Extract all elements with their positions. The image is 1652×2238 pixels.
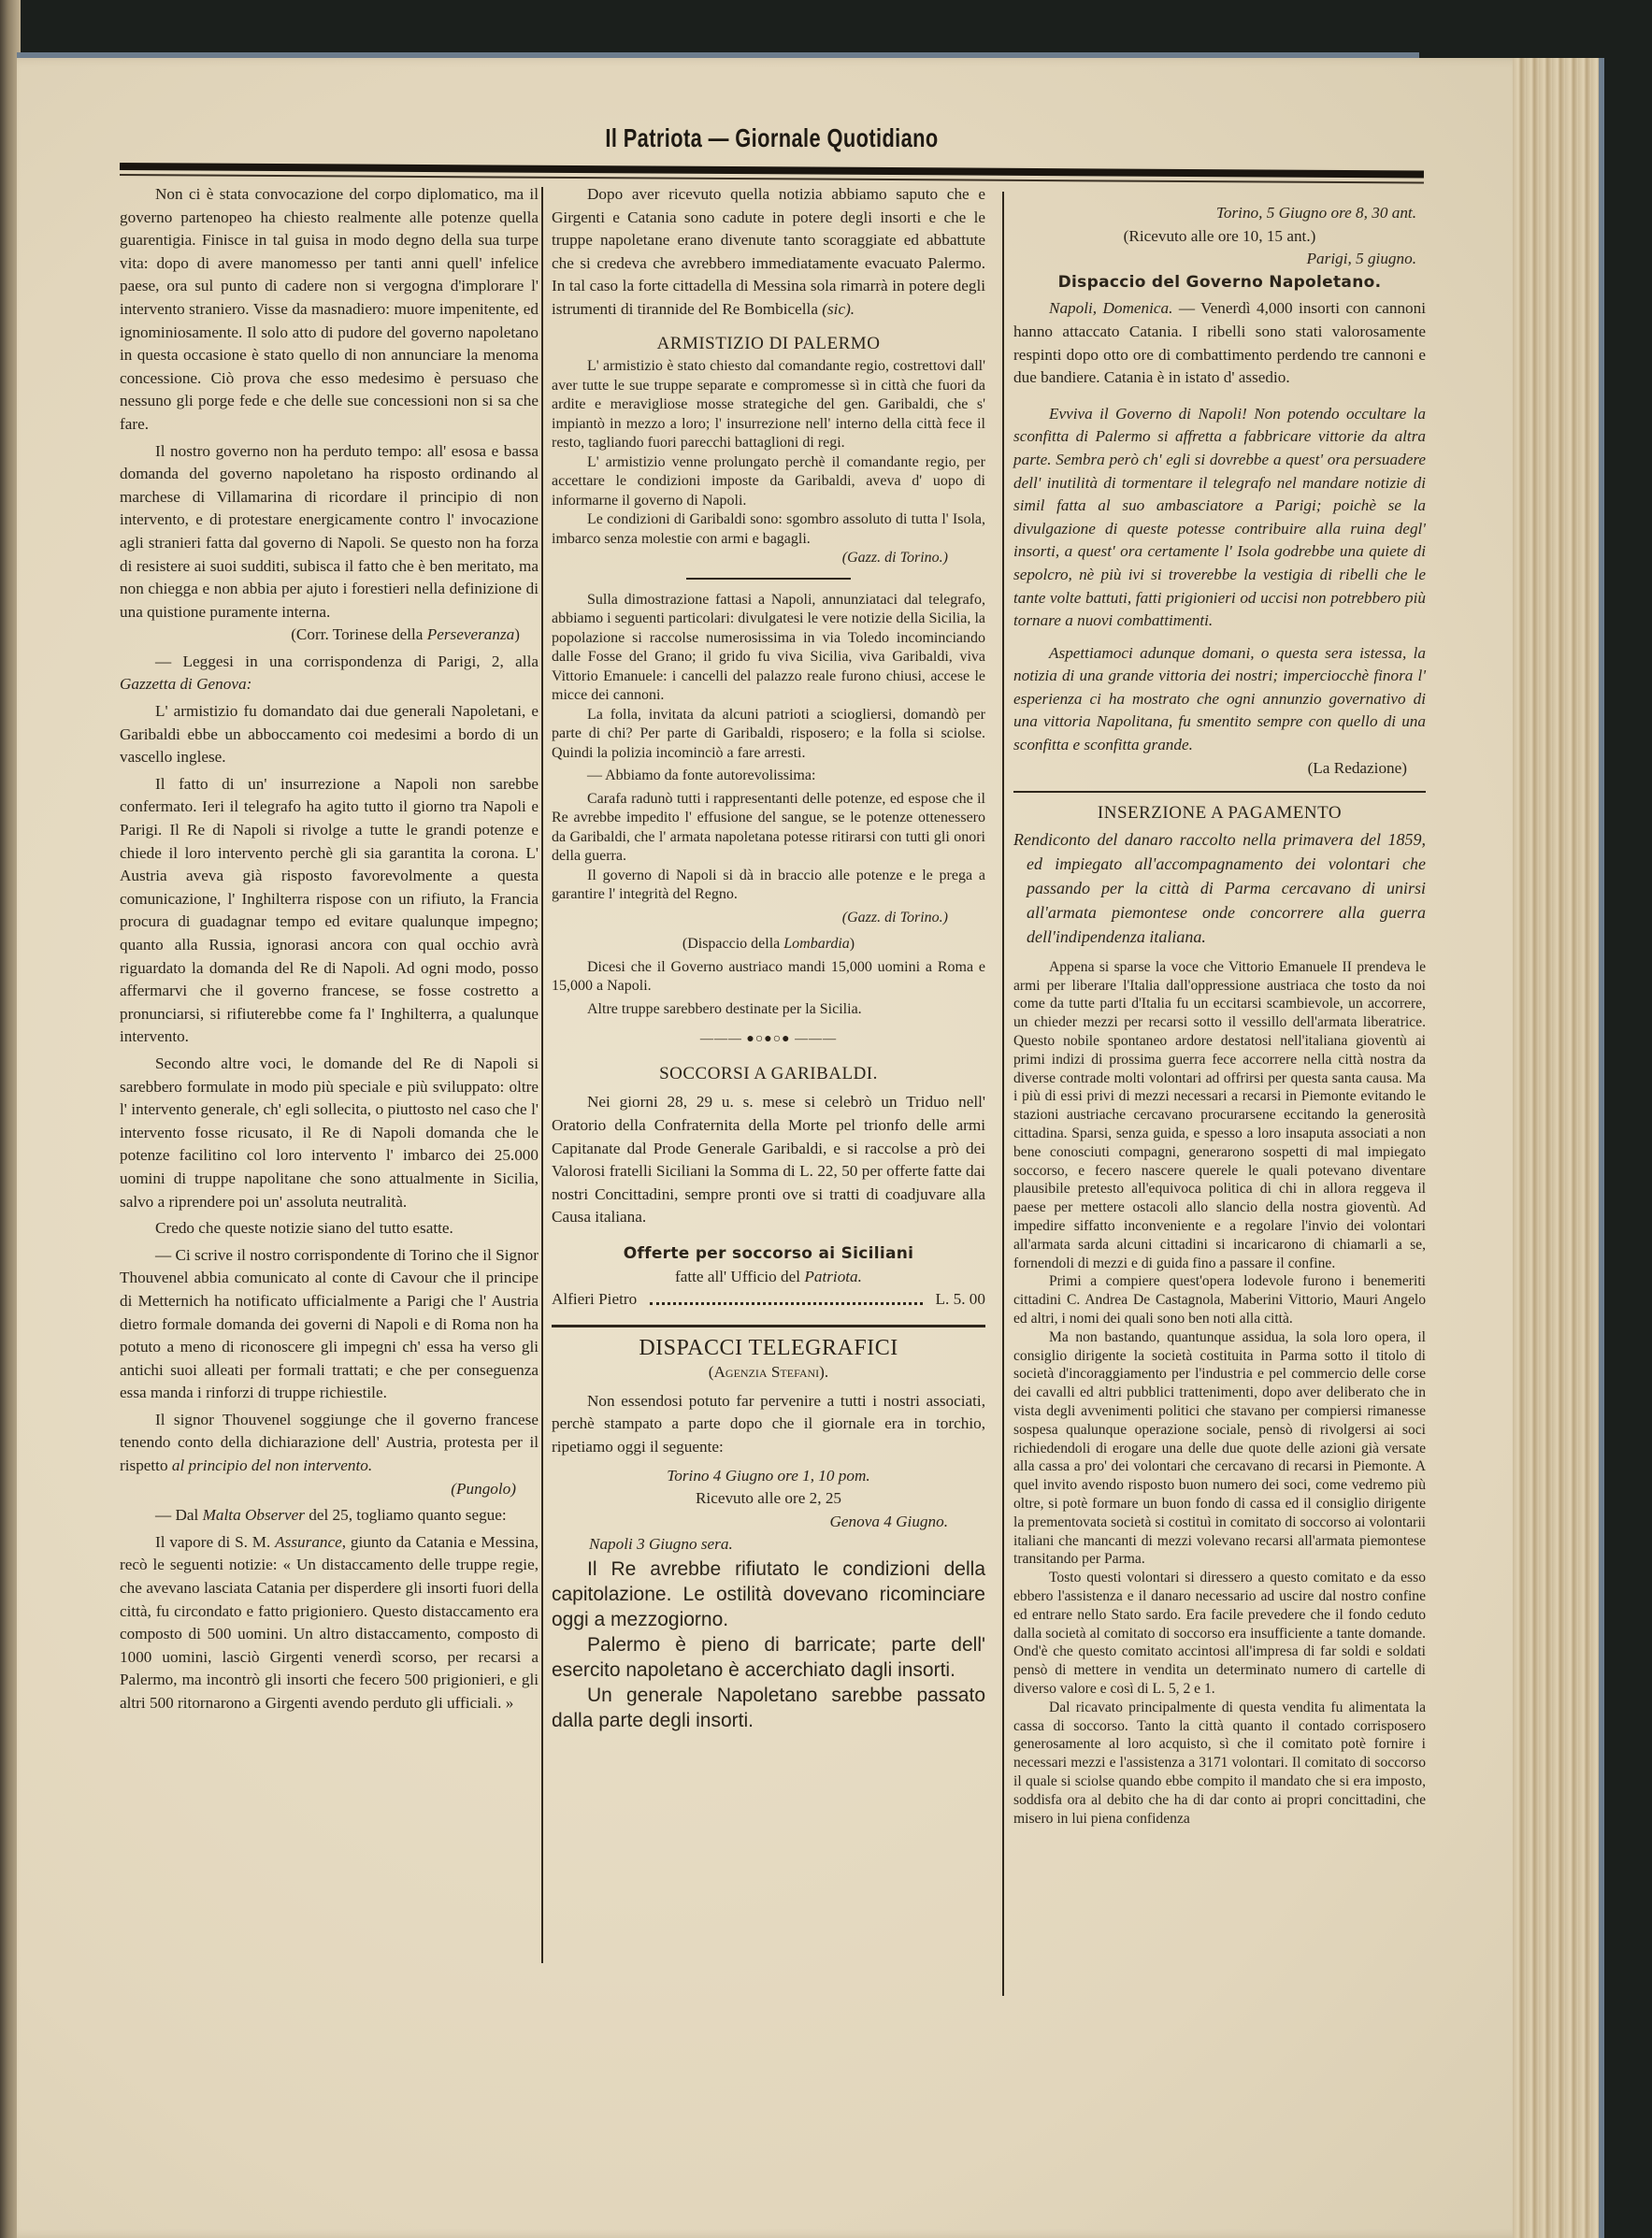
dispatch-dateline: Torino 4 Giugno ore 1, 10 pom. — [552, 1465, 985, 1488]
leader-dots — [650, 1288, 922, 1305]
paragraph: Il nostro governo non ha perduto tempo: … — [120, 440, 539, 624]
paragraph: Dal ricavato principalmente di questa ve… — [1013, 1699, 1426, 1829]
paragraph: Il signor Thouvenel soggiunge che il gov… — [120, 1409, 539, 1478]
paragraph: Non essendosi potuto far pervenire a tut… — [552, 1390, 985, 1459]
paragraph: Un generale Napoletano sarebbe passato d… — [552, 1683, 985, 1733]
source-citation: (Corr. Torinese della Perseveranza) — [120, 624, 539, 647]
paragraph: Napoli, Domenica. — Venerdì 4,000 insort… — [1013, 297, 1426, 389]
paragraph: Dicesi che il Governo austriaco mandi 15… — [552, 958, 985, 997]
section-title-armistizio: ARMISTIZIO DI PALERMO — [552, 333, 985, 356]
dispaccio-title: Dispaccio del Governo Napoletano. — [1013, 271, 1426, 294]
source-citation: (Dispaccio della Lombardia) — [552, 935, 985, 954]
offerte-subtitle: fatte all' Ufficio del Patriota. — [552, 1266, 985, 1289]
paragraph: Secondo altre voci, le domande del Re di… — [120, 1053, 539, 1213]
source-citation: (Gazz. di Torino.) — [552, 909, 985, 928]
dispatch-received: Ricevuto alle ore 2, 25 — [552, 1487, 985, 1511]
source-citation: (Gazz. di Torino.) — [552, 549, 985, 568]
paragraph: Non ci è stata convocazione del corpo di… — [120, 183, 539, 437]
paragraph: Nei giorni 28, 29 u. s. mese si celebrò … — [552, 1091, 985, 1229]
source-citation: (La Redazione) — [1013, 757, 1426, 781]
rendiconto-heading: Rendiconto del danaro raccolto nella pri… — [1013, 827, 1426, 949]
dispatch-dateline: Parigi, 5 giugno. — [1013, 248, 1426, 271]
paragraph: Sulla dimostrazione fattasi a Napoli, an… — [552, 591, 985, 706]
editorial-paragraph: Evviva il Governo di Napoli! Non potendo… — [1013, 403, 1426, 633]
paragraph: Il vapore di S. M. Assurance, giunto da … — [120, 1531, 539, 1715]
ornament-divider: ——— ●○●○● ——— — [552, 1028, 985, 1052]
page-stack-edge — [1513, 58, 1604, 2238]
offerte-row: Alfieri Pietro L. 5. 00 — [552, 1288, 985, 1312]
paragraph: La folla, invitata da alcuni patrioti a … — [552, 706, 985, 764]
column-3: Torino, 5 Giugno ore 8, 30 ant. (Ricevut… — [1000, 183, 1426, 1828]
section-divider — [1013, 791, 1426, 793]
paragraph: — Ci scrive il nostro corrispondente di … — [120, 1244, 539, 1405]
section-title-soccorsi: SOCCORSI A GARIBALDI. — [552, 1063, 985, 1086]
section-title-inserzione: INSERZIONE A PAGAMENTO — [1013, 802, 1426, 825]
paragraph: Primi a compiere quest'opera lodevole fu… — [1013, 1272, 1426, 1327]
source-citation: (Pungolo) — [120, 1478, 539, 1501]
masthead: Il Patriota — Giornale Quotidiano — [120, 118, 1424, 183]
dispatch-received: (Ricevuto alle ore 10, 15 ant.) — [1013, 225, 1426, 249]
paragraph: Il governo di Napoli si dà in braccio al… — [552, 867, 985, 905]
paragraph: Ma non bastando, quantunque assidua, la … — [1013, 1328, 1426, 1569]
dispatch-dateline: Napoli 3 Giugno sera. — [552, 1533, 985, 1557]
paragraph: Le condizioni di Garibaldi sono: sgombro… — [552, 510, 985, 549]
editorial-paragraph: Aspettiamoci adunque domani, o questa se… — [1013, 642, 1426, 757]
paragraph: Il fatto di un' insurrezione a Napoli no… — [120, 773, 539, 1049]
paragraph: Tosto questi volontari si diressero a qu… — [1013, 1569, 1426, 1699]
paragraph: — Dal Malta Observer del 25, togliamo qu… — [120, 1504, 539, 1528]
paragraph: L' armistizio è stato chiesto dal comand… — [552, 357, 985, 453]
paragraph: Appena si sparse la voce che Vittorio Em… — [1013, 958, 1426, 1273]
paragraph: Palermo è pieno di barricate; parte dell… — [552, 1632, 985, 1683]
paragraph: — Abbiamo da fonte autorevolissima: — [552, 767, 985, 786]
paragraph: — Leggesi in una corrispondenza di Parig… — [120, 651, 539, 696]
section-title-dispacci: DISPACCI TELEGRAFICI — [552, 1337, 985, 1360]
paragraph: Altre truppe sarebbero destinate per la … — [552, 1000, 985, 1020]
section-divider — [686, 578, 851, 580]
paragraph: L' armistizio venne prolungato perchè il… — [552, 453, 985, 511]
dispacci-agency: (Agenzia Stefani). — [552, 1361, 985, 1384]
paragraph: Il Re avrebbe rifiutato le condizioni de… — [552, 1557, 985, 1632]
paragraph: Dopo aver ricevuto quella notizia abbiam… — [552, 183, 985, 322]
offerte-title: Offerte per soccorso ai Siciliani — [552, 1242, 985, 1266]
column-1: Non ci è stata convocazione del corpo di… — [120, 183, 539, 1715]
masthead-title: Il Patriota — Giornale Quotidiano — [263, 123, 1280, 153]
paragraph: Carafa radunò tutti i rappresentanti del… — [552, 790, 985, 867]
paragraph: L' armistizio fu domandato dai due gener… — [120, 700, 539, 769]
column-2: Dopo aver ricevuto quella notizia abbiam… — [539, 183, 995, 1733]
paragraph: Credo che queste notizie siano del tutto… — [120, 1217, 539, 1241]
dispatch-dateline: Torino, 5 Giugno ore 8, 30 ant. — [1013, 202, 1426, 225]
section-divider — [552, 1325, 985, 1327]
dispatch-dateline: Genova 4 Giugno. — [552, 1511, 985, 1534]
